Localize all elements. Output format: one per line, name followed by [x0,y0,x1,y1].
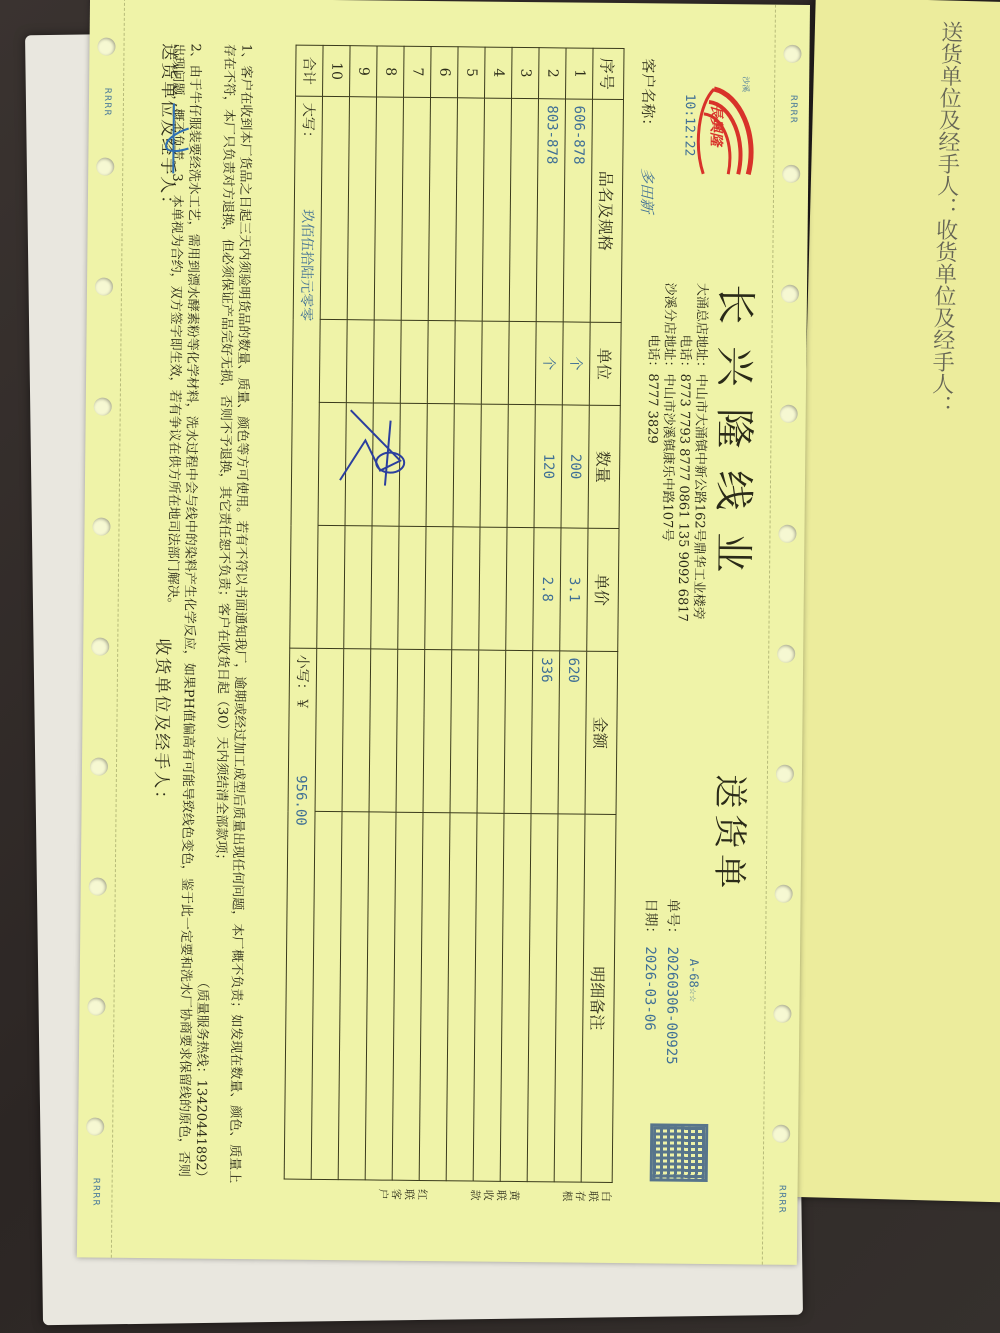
branch-address: 中山市沙溪镇康乐中路107号 [659,373,676,541]
receiver-signoff: 收货单位及经手人： [151,638,178,809]
total-upper-value: 玖佰伍拾陆元零零 [298,209,315,321]
copy-labels: 白联存根 黄联收款 红联客户 [336,1188,612,1215]
print-time: 10:12:22 [681,94,697,157]
adjacent-form-stack: 送货单位及经手人：收货单位及经手人： [784,0,1000,1203]
handwritten-signature-icon [330,400,411,491]
total-lower-value: 956.00 [292,775,309,826]
document-number: 20260306-00925 [663,947,680,1065]
document-type: 送货单 [708,774,758,895]
delivery-note: RRRR RRRR RRRR RRRR 沙溪 長興隆 10:12:22 长兴隆线… [77,0,810,1265]
branch-phone: 8777 3829 [644,373,660,443]
terms-text: 1、客户在收到本厂货品之日起三天内须验明货品的数量、质量、颜色等方可使用。若有不… [158,43,255,1184]
customer-value: 多田新 [638,168,656,213]
document-meta: A-68☆☆ 单号：20260306-00925 日期：2026-03-06 [638,898,706,1065]
strip-code: RRRR [788,95,798,124]
copy-label-yellow: 黄联收款 [468,1189,520,1202]
header-qty: 数量 [588,405,620,528]
customer-field: 客户名称： 多田新 [637,58,660,213]
header-amount: 金额 [585,651,618,814]
logo-small-text: 沙溪 [740,76,751,92]
head-office-phone: 8773 7793 8777 0861 135 9092 6817 [675,374,693,622]
handwritten-initials-icon [148,98,199,179]
header-no: 序号 [593,48,625,99]
header-note: 明细备注 [581,814,616,1182]
header-unit: 单位 [589,322,621,405]
document-date: 2026-03-06 [641,946,658,1030]
customer-label: 客户名称： [639,58,658,133]
head-office-address: 中山市大涌镇中新公路162号鼎华工业楼旁 [691,374,709,620]
company-name: 长兴隆线业 [707,284,767,595]
strip-code: RRRR [776,1185,786,1214]
items-table: 序号 品名及规格 单位 数量 单价 金额 明细备注 1 606-878 个 20… [284,45,625,1183]
company-logo: 沙溪 長興隆 [688,74,759,185]
copy-label-red: 红联客户 [376,1189,428,1202]
header-name: 品名及规格 [590,99,623,322]
adjacent-form-text: 送货单位及经手人：收货单位及经手人： [925,20,966,417]
company-address-block: 大涌总店地址：中山市大涌镇中新公路162号鼎华工业楼旁 电话：8773 7793… [642,263,710,622]
strip-code: RRRR [90,1178,100,1207]
total-label: 合计 [296,45,324,96]
form-code: A-68☆☆ [682,959,705,1065]
strip-code: RRRR [102,88,112,117]
total-upper: 大写： 玖佰伍拾陆元零零 [290,96,323,648]
qr-code-icon [650,1123,709,1182]
total-lower: 小写：￥ 956.00 [284,648,317,1179]
header-price: 单价 [587,528,619,651]
logo-brand: 長興隆 [707,104,727,146]
copy-label-white: 白联存根 [560,1190,612,1203]
